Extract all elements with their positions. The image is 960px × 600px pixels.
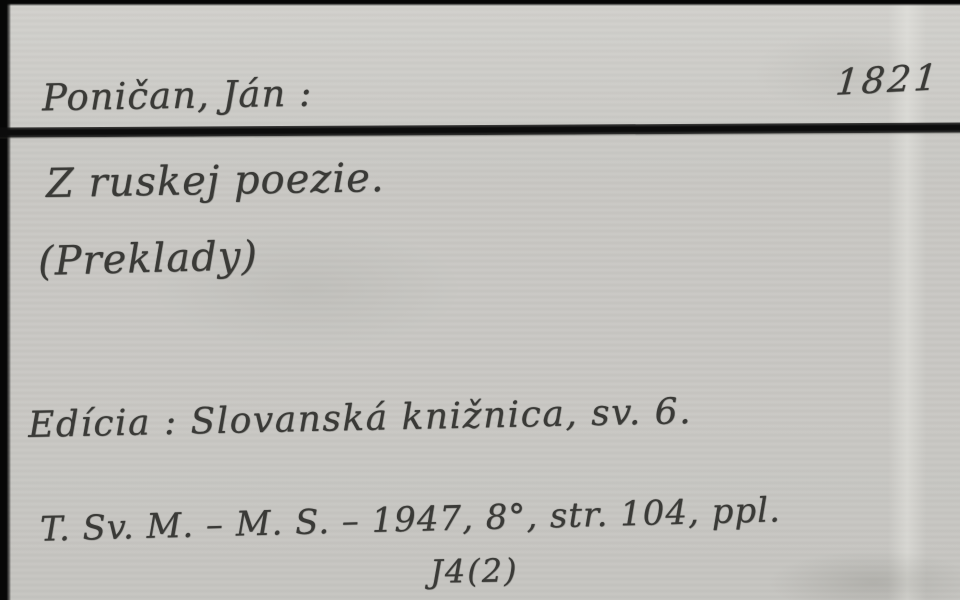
shelf-number: 1821 xyxy=(834,57,942,103)
scan-edge-top xyxy=(0,0,960,6)
scan-edge-left xyxy=(0,0,11,600)
imprint-line: T. Sv. M. – M. S. – 1947, 8°, str. 104, … xyxy=(40,490,782,549)
author-heading: Poničan, Ján : xyxy=(42,72,313,120)
divider-rule xyxy=(0,122,960,137)
subtitle-line: (Preklady) xyxy=(37,233,258,285)
catalog-card-scan: Poničan, Ján : 1821 Z ruskej poezie. (Pr… xyxy=(0,0,960,600)
call-number: J4(2) xyxy=(430,551,519,591)
edition-line: Edícia : Slovanská knižnica, sv. 6. xyxy=(28,391,693,446)
title-line: Z ruskej poezie. xyxy=(46,155,385,207)
